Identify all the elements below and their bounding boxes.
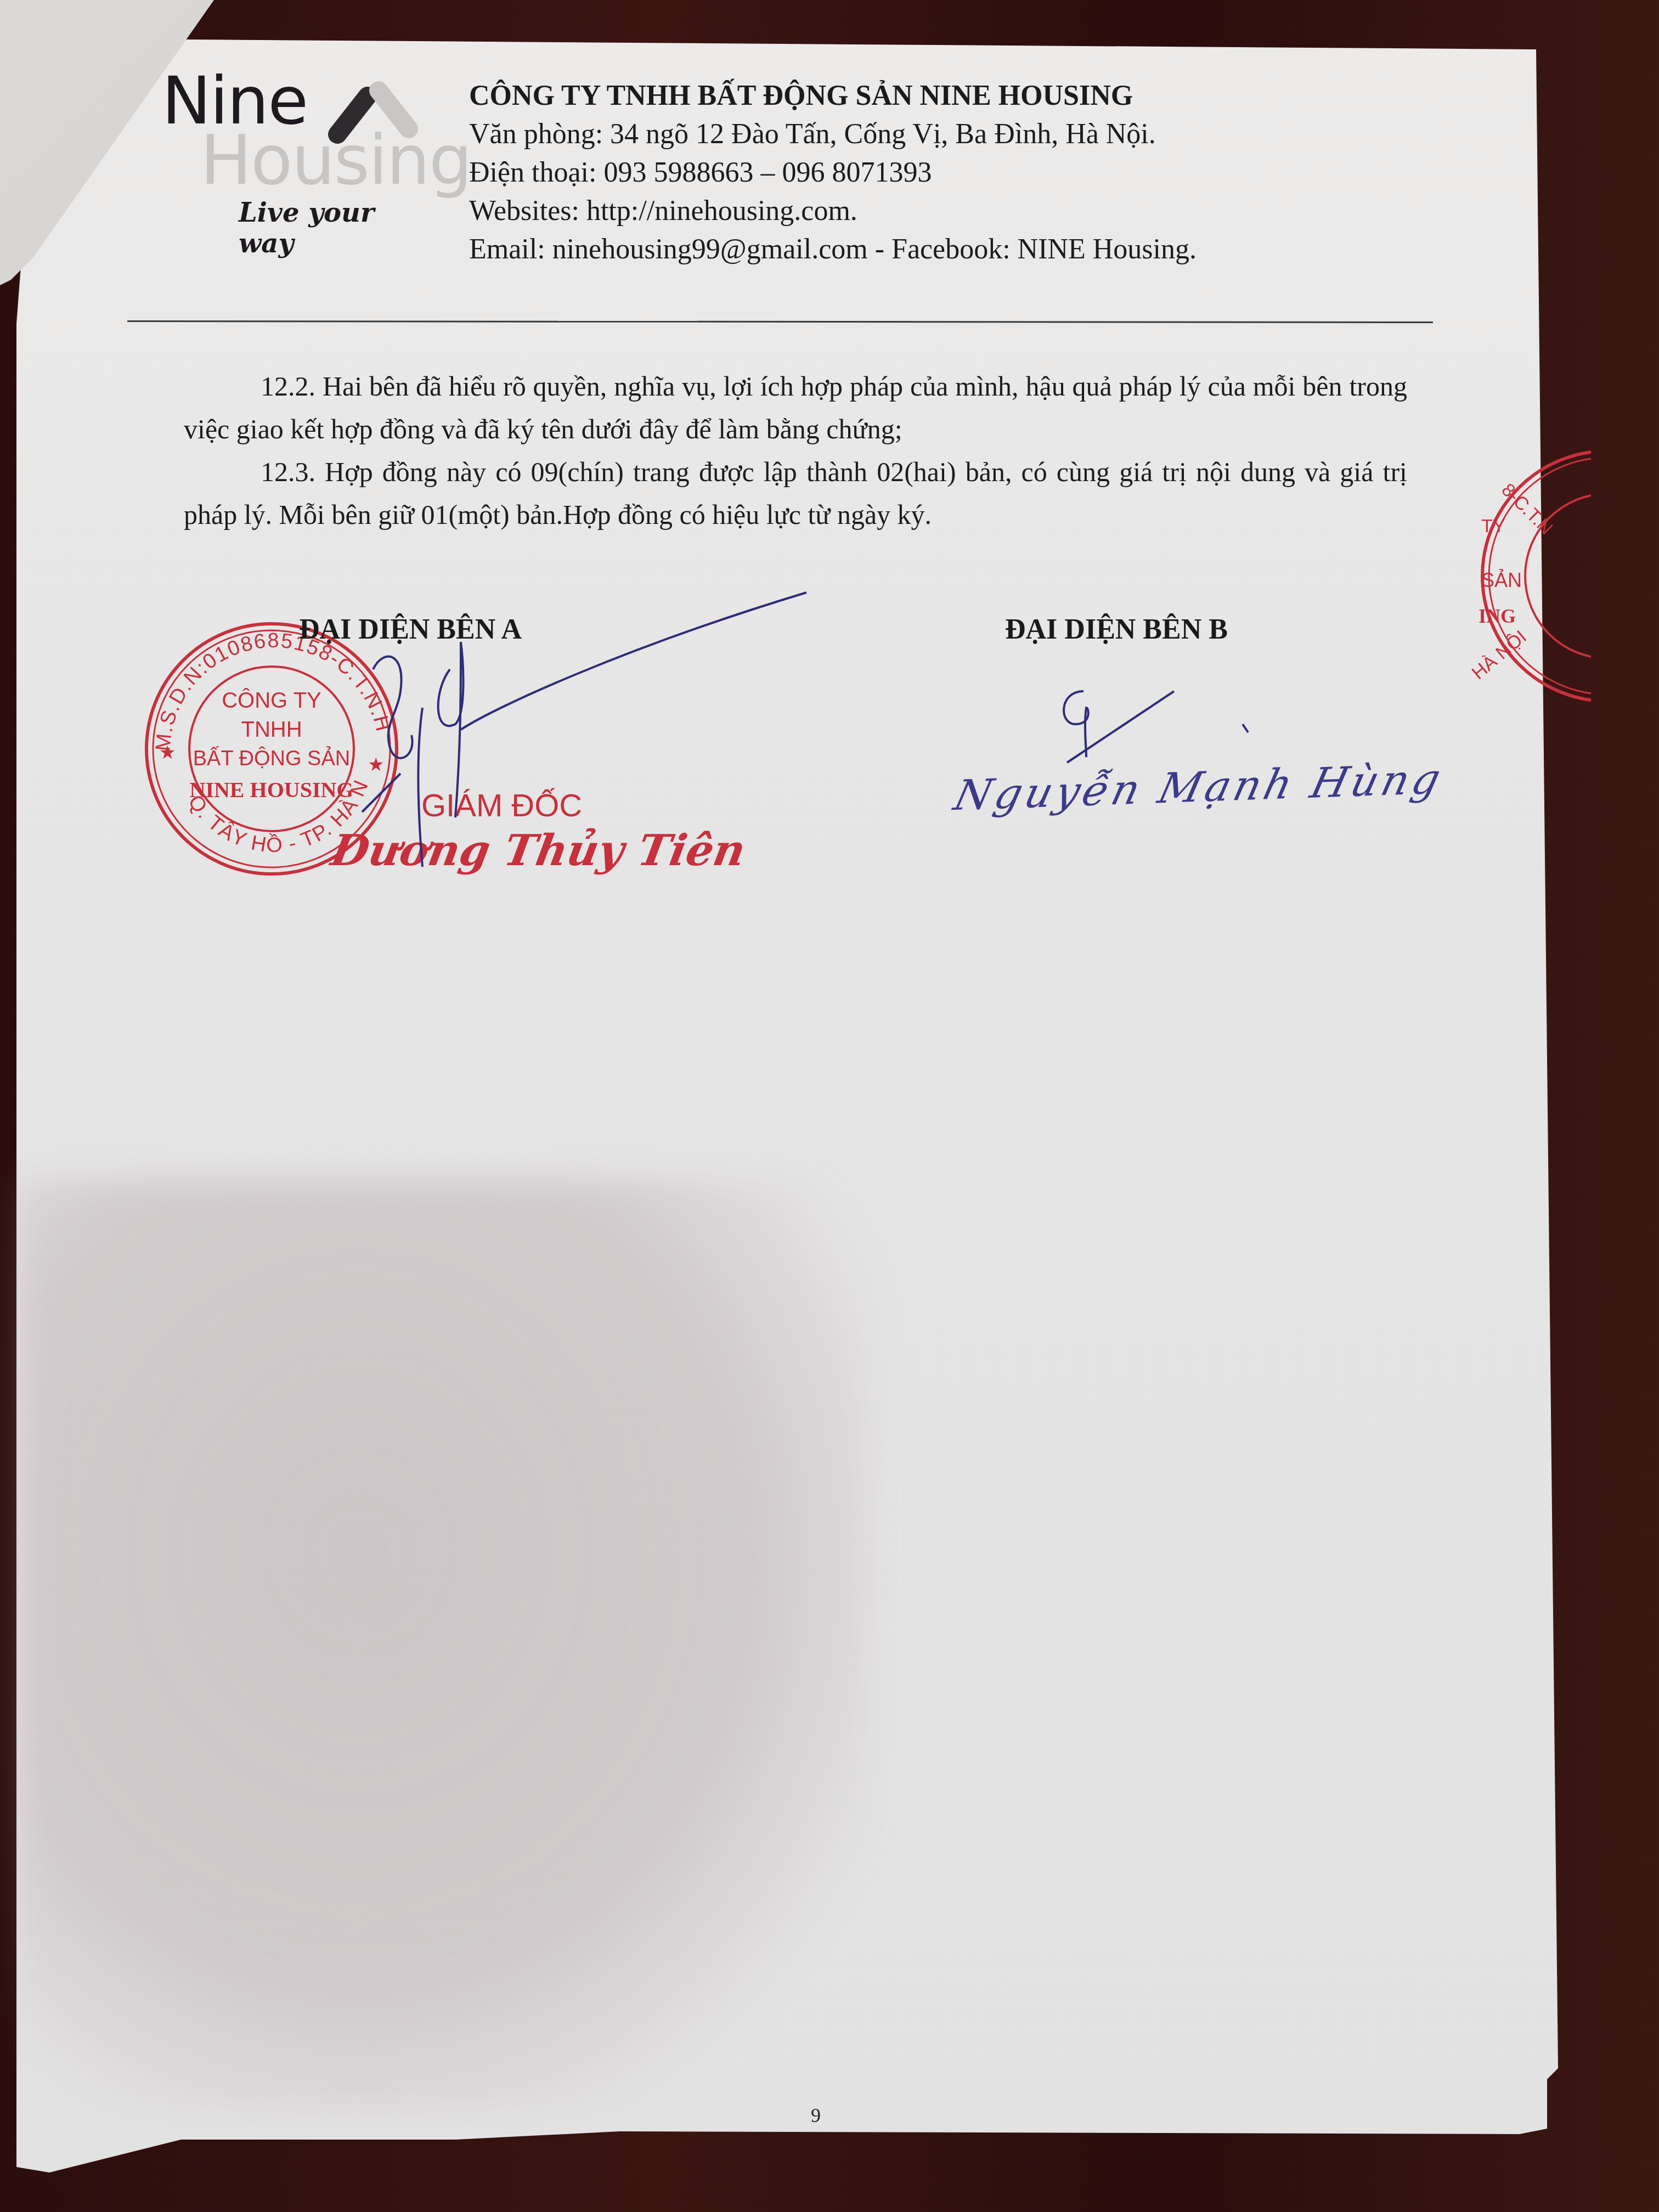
contract-clauses: 12.2. Hai bên đã hiểu rõ quyền, nghĩa vụ… bbox=[184, 365, 1407, 536]
page-number: 9 bbox=[811, 2104, 821, 2127]
svg-text:★: ★ bbox=[159, 743, 176, 763]
svg-text:ING: ING bbox=[1479, 605, 1516, 627]
company-office: Văn phòng: 34 ngõ 12 Đào Tấn, Cống Vị, B… bbox=[469, 115, 1197, 154]
svg-text:NINE HOUSING: NINE HOUSING bbox=[190, 777, 354, 802]
svg-text:HÀ NỘI: HÀ NỘI bbox=[1468, 627, 1531, 684]
partial-seal-icon: 8-C.T.N TY SẢN ING HÀ NỘI bbox=[1448, 450, 1591, 702]
svg-text:CÔNG TY: CÔNG TY bbox=[222, 688, 321, 713]
document-page bbox=[16, 38, 1558, 2172]
svg-text:SẢN: SẢN bbox=[1481, 569, 1522, 591]
signature-party-a bbox=[351, 582, 845, 889]
svg-text:TNHH: TNHH bbox=[241, 718, 302, 742]
company-logo: Nine Housing Live your way bbox=[162, 63, 425, 239]
company-email: Email: ninehousing99@gmail.com - Faceboo… bbox=[469, 230, 1197, 269]
company-name: CÔNG TY TNHH BẤT ĐỘNG SẢN NINE HOUSING bbox=[469, 77, 1197, 115]
clause-12-3: 12.3. Hợp đồng này có 09(chín) trang đượ… bbox=[184, 450, 1407, 536]
svg-text:BẤT ĐỘNG SẢN: BẤT ĐỘNG SẢN bbox=[193, 746, 350, 770]
logo-brand-bottom: Housing bbox=[200, 121, 471, 200]
clause-12-2: 12.2. Hai bên đã hiểu rõ quyền, nghĩa vụ… bbox=[184, 365, 1407, 450]
company-phone: Điện thoại: 093 5988663 – 096 8071393 bbox=[469, 154, 1197, 192]
svg-text:TY: TY bbox=[1481, 516, 1505, 537]
company-website: Websites: http://ninehousing.com. bbox=[469, 192, 1197, 230]
party-b-heading: ĐẠI DIỆN BÊN B bbox=[1005, 613, 1228, 646]
logo-tagline: Live your way bbox=[239, 198, 425, 259]
company-info: CÔNG TY TNHH BẤT ĐỘNG SẢN NINE HOUSING V… bbox=[469, 77, 1197, 269]
